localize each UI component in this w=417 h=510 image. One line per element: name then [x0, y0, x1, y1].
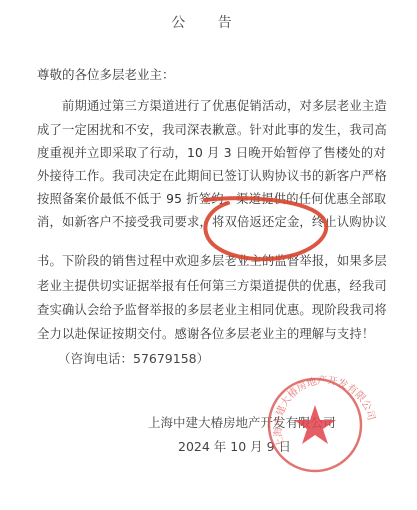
notice-document: 公 告 尊敬的各位多层老业主： 前期通过第三方渠道进行了优惠促销活动，对多层老业…: [0, 0, 417, 510]
company-seal-icon: 上海中建大椿房地产开发有限公司: [0, 0, 417, 510]
